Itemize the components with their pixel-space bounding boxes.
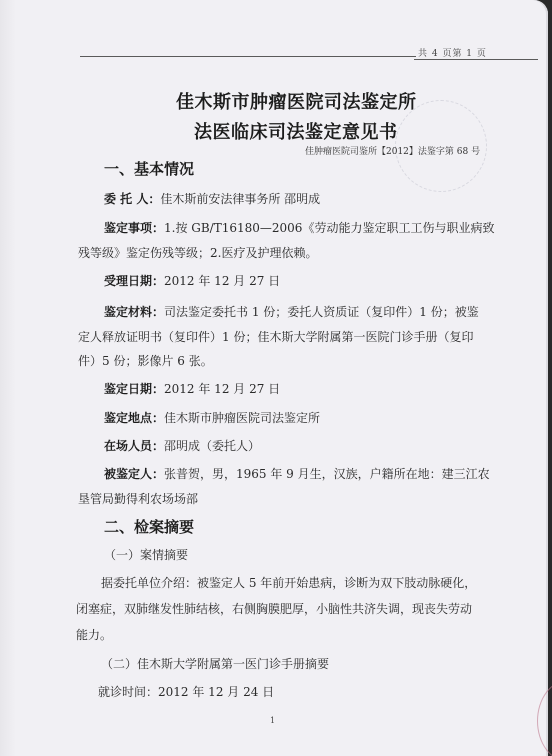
- field-value: 佳木斯前安法律事务所 邵明成: [160, 192, 320, 206]
- field-label: 被鉴定人：: [104, 467, 164, 481]
- visit-date-value: 2012 年 12 月 24 日: [158, 685, 274, 699]
- field-matters: 鉴定事项：1.按 GB/T16180—2006《劳动能力鉴定职工工伤与职业病致: [104, 219, 494, 236]
- field-value: 佳木斯市肿瘤医院司法鉴定所: [164, 411, 320, 425]
- field-value: 张普贺，男，1965 年 9 月生，汉族，户籍所在地：建三江农: [164, 467, 490, 481]
- field-label: 鉴定地点：: [104, 411, 164, 425]
- field-label: 委 托 人：: [104, 192, 160, 206]
- institution-title: 佳木斯市肿瘤医院司法鉴定所: [176, 88, 417, 114]
- page-number: 1: [270, 716, 275, 725]
- field-materials: 鉴定材料：司法鉴定委托书 1 份；委托人资质证（复印件）1 份；被鉴: [104, 303, 479, 320]
- field-value: 2012 年 12 月 27 日: [164, 382, 280, 396]
- field-label: 鉴定事项：: [104, 221, 164, 235]
- case-text-line: 能力。: [76, 626, 112, 643]
- field-subject-cont: 垦管局勤得利农场场部: [78, 490, 198, 507]
- document-title: 法医临床司法鉴定意见书: [194, 118, 398, 144]
- visit-date: 就诊时间：2012 年 12 月 24 日: [98, 683, 274, 700]
- field-label: 在场人员：: [104, 439, 164, 453]
- visit-date-label: 就诊时间：: [98, 685, 158, 699]
- field-label: 鉴定材料：: [104, 305, 164, 319]
- document-page: 共 4 页第 1 页 佳木斯市肿瘤医院司法鉴定所 法医临床司法鉴定意见书 佳肿瘤…: [0, 0, 548, 756]
- field-label: 鉴定日期：: [104, 382, 164, 396]
- section-heading-basic-info: 一、基本情况: [104, 158, 194, 179]
- field-value: 司法鉴定委托书 1 份；委托人资质证（复印件）1 份；被鉴: [164, 305, 479, 319]
- field-location: 鉴定地点：佳木斯市肿瘤医院司法鉴定所: [104, 409, 320, 426]
- document-number: 佳肿瘤医院司鉴所【2012】法鉴字第 68 号: [305, 144, 480, 157]
- case-text-line: 闭塞症，双肺继发性肺结核，右侧胸膜肥厚，小脑性共济失调，现丧失劳动: [76, 600, 472, 617]
- page-shadow-edge: [0, 0, 16, 756]
- header-rule: [80, 56, 416, 57]
- field-present: 在场人员：邵明成（委托人）: [104, 437, 260, 454]
- field-matters-cont: 残等级》鉴定伤残等级；2.医疗及护理依赖。: [78, 244, 317, 261]
- field-appraisal-date: 鉴定日期：2012 年 12 月 27 日: [104, 380, 280, 397]
- red-seal-fragment: [537, 680, 552, 756]
- field-value: 1.按 GB/T16180—2006《劳动能力鉴定职工工伤与职业病致: [164, 221, 494, 235]
- section-heading-case-summary: 二、检案摘要: [104, 516, 194, 537]
- case-text-line: 据委托单位介绍：被鉴定人 5 年前开始患病，诊断为双下肢动脉硬化，: [101, 574, 476, 591]
- field-value: 邵明成（委托人）: [164, 439, 260, 453]
- subsection-case-details: （一）案情摘要: [104, 546, 188, 563]
- field-materials-cont2: 件）5 份；影像片 6 张。: [78, 352, 213, 369]
- field-label: 受理日期：: [104, 274, 164, 288]
- field-accept-date: 受理日期：2012 年 12 月 27 日: [104, 272, 280, 289]
- subsection-clinic-manual: （二）佳木斯大学附属第一医门诊手册摘要: [101, 655, 329, 672]
- field-value: 2012 年 12 月 27 日: [164, 274, 280, 288]
- header-rule-right: [414, 59, 538, 60]
- field-subject: 被鉴定人：张普贺，男，1965 年 9 月生，汉族，户籍所在地：建三江农: [104, 465, 490, 482]
- page-count: 共 4 页第 1 页: [418, 46, 487, 59]
- field-client: 委 托 人：佳木斯前安法律事务所 邵明成: [104, 190, 320, 207]
- field-materials-cont: 定人释放证明书（复印件）1 份；佳木斯大学附属第一医院门诊手册（复印: [78, 328, 473, 345]
